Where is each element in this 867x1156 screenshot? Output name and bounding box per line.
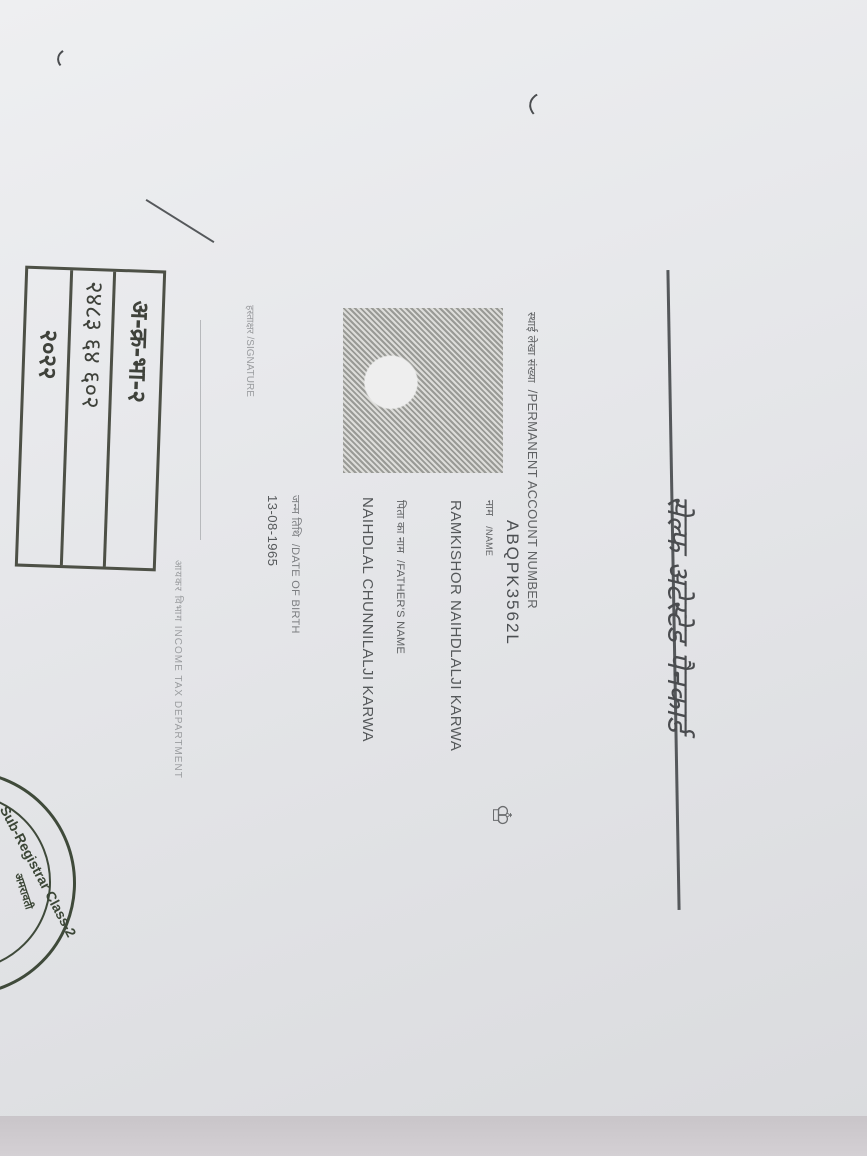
father-name-label: पिता का नाम /FATHER'S NAME xyxy=(393,500,408,654)
stamp-line-3: २०२२ xyxy=(31,329,66,380)
holder-photo xyxy=(343,308,503,473)
pan-number: ABQPK3562L xyxy=(502,520,522,646)
issuer-line: आयकर विभाग INCOME TAX DEPARTMENT xyxy=(172,560,186,779)
pan-label: स्थाई लेखा संख्या /PERMANENT ACCOUNT NUM… xyxy=(524,312,540,609)
name-label: नाम /NAME xyxy=(482,500,497,556)
national-emblem-icon: ♔ xyxy=(482,793,522,837)
dob-label: जन्म तिथि /DATE OF BIRTH xyxy=(288,495,303,634)
signature-label: हस्ताक्षर /SIGNATURE xyxy=(244,305,258,397)
background-surface xyxy=(0,1116,867,1156)
holder-name: RAMKISHOR NAIHDLALJI KARWA xyxy=(447,500,464,751)
stamp-line-2: २४८३ ६४ ६०२ xyxy=(74,281,111,410)
handwritten-heading: सेल्फ अटेस्टेड पैनकार्ड xyxy=(659,495,700,732)
father-name: NAIHDLAL CHUNNILALJI KARWA xyxy=(359,497,376,742)
pan-label-english: /PERMANENT ACCOUNT NUMBER xyxy=(525,390,540,609)
date-of-birth: 13-08-1965 xyxy=(265,495,280,567)
pan-label-hindi: स्थाई लेखा संख्या xyxy=(525,312,537,383)
stamp-line-1: अ-क्र-भा-२ xyxy=(121,300,158,403)
registration-stamp: अ-क्र-भा-२ २४८३ ६४ ६०२ २०२२ xyxy=(15,266,166,572)
signature-line xyxy=(200,320,201,540)
